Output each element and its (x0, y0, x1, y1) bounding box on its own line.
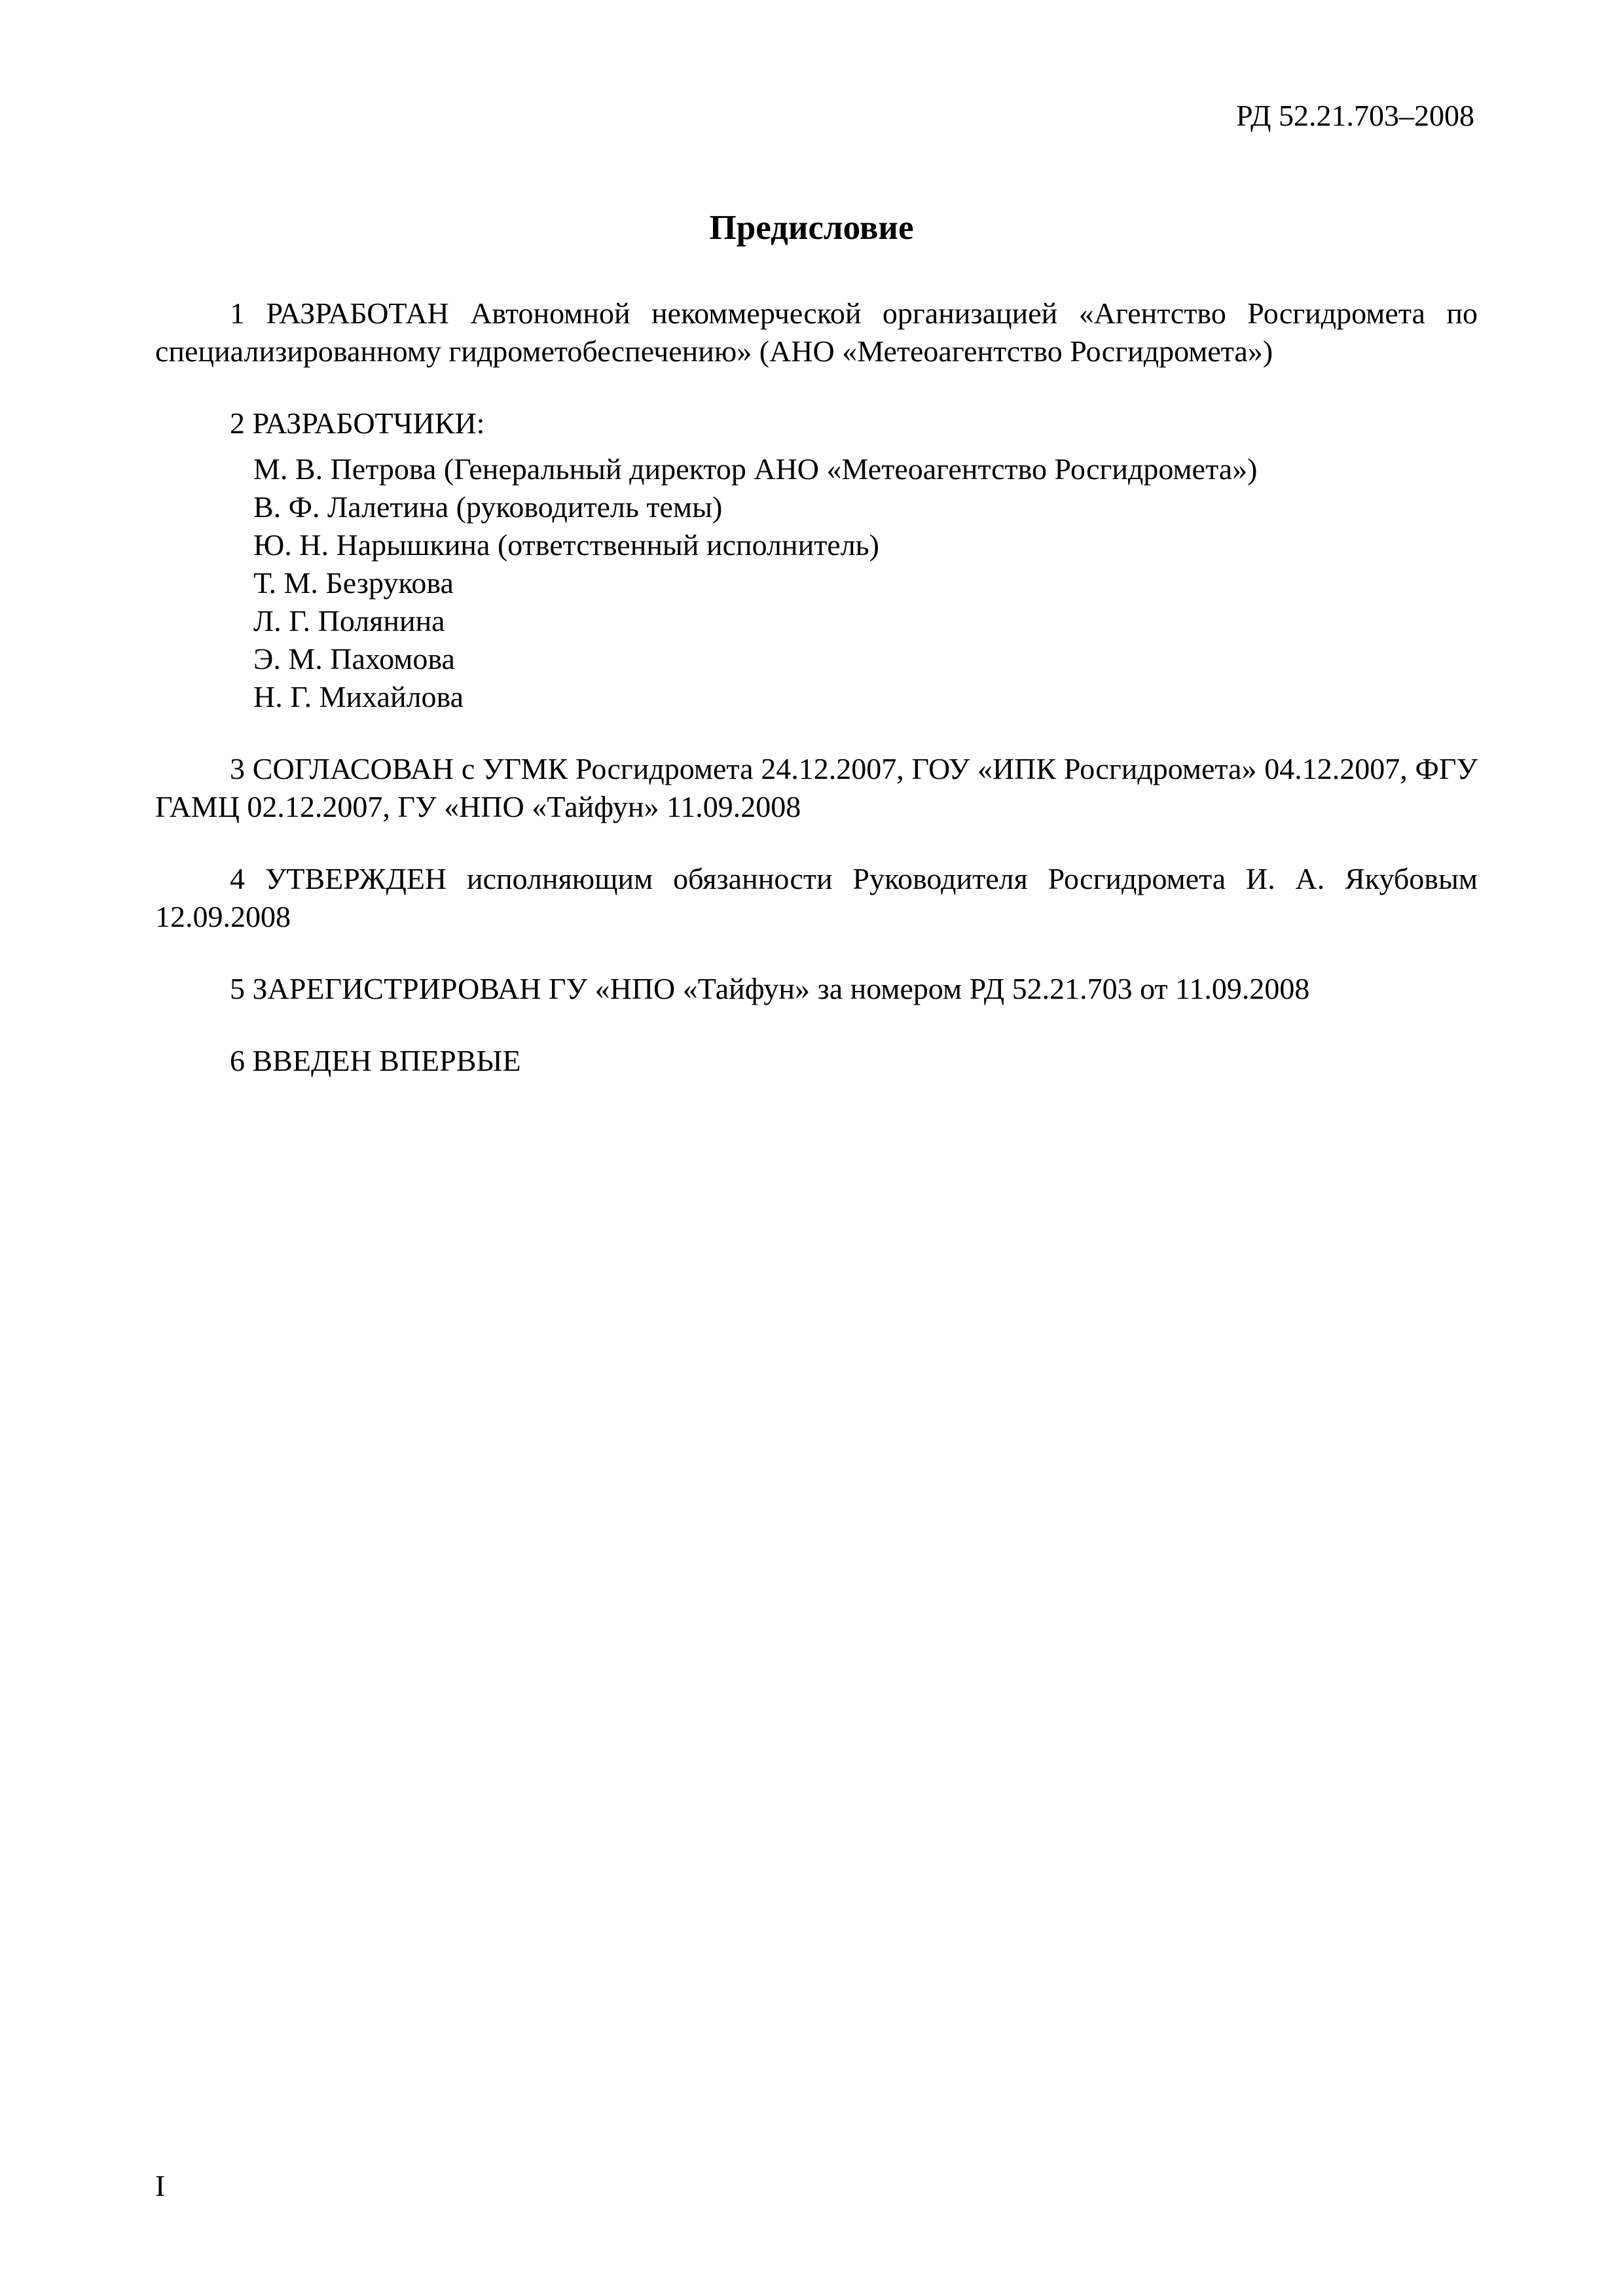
section-developers-heading: 2 РАЗРАБОТЧИКИ: (155, 404, 1478, 442)
section-agreed: 3 СОГЛАСОВАН с УГМК Росгидромета 24.12.2… (155, 750, 1478, 826)
page-title: Предисловие (0, 208, 1623, 247)
developer-item: Н. Г. Михайлова (253, 678, 1478, 716)
developer-item: Т. М. Безрукова (253, 564, 1478, 602)
developer-item: Э. М. Пахомова (253, 640, 1478, 678)
page-number: I (155, 2168, 165, 2203)
developer-item: В. Ф. Лалетина (руководитель темы) (253, 488, 1478, 526)
document-body: 1 РАЗРАБОТАН Автономной некоммерческой о… (155, 295, 1478, 1114)
developer-item: Л. Г. Полянина (253, 602, 1478, 640)
document-code: РД 52.21.703–2008 (1236, 98, 1474, 133)
section-registered: 5 ЗАРЕГИСТРИРОВАН ГУ «НПО «Тайфун» за но… (155, 970, 1478, 1008)
developer-item: Ю. Н. Нарышкина (ответственный исполните… (253, 526, 1478, 564)
section-introduced: 6 ВВЕДЕН ВПЕРВЫЕ (155, 1042, 1478, 1080)
section-developed-by: 1 РАЗРАБОТАН Автономной некоммерческой о… (155, 295, 1478, 370)
developer-item: М. В. Петрова (Генеральный директор АНО … (253, 450, 1478, 488)
section-approved: 4 УТВЕРЖДЕН исполняющим обязанности Руко… (155, 860, 1478, 936)
developers-list: М. В. Петрова (Генеральный директор АНО … (253, 450, 1478, 716)
